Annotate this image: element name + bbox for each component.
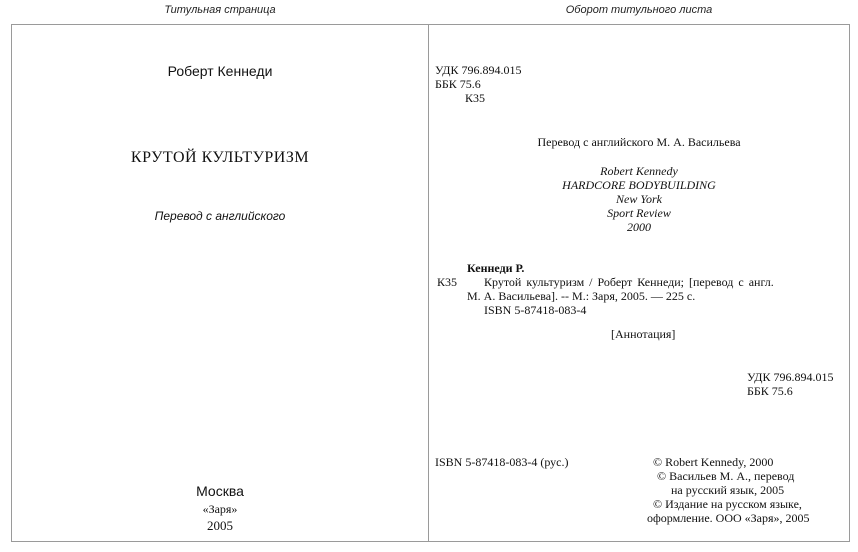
bbk-bottom: ББК 75.6 <box>747 384 793 399</box>
book-title: КРУТОЙ КУЛЬТУРИЗМ <box>12 149 428 167</box>
catalog-mark: К35 <box>437 275 457 290</box>
author-name: Роберт Кеннеди <box>12 63 428 79</box>
publisher: «Заря» <box>12 502 428 517</box>
bbk-top: ББК 75.6 <box>435 77 481 92</box>
catalog-line-2: М. А. Васильева]. -- М.: Заря, 2005. — 2… <box>467 289 695 304</box>
year: 2005 <box>12 518 428 534</box>
copyright-line-2: © Васильев М. А., перевод <box>657 469 794 484</box>
copyright-line-1: © Robert Kennedy, 2000 <box>653 455 773 470</box>
left-page-caption: Титульная страница <box>11 4 429 16</box>
catalog-isbn: ISBN 5-87418-083-4 <box>484 303 586 318</box>
author-mark-top: К35 <box>465 91 485 106</box>
isbn-bottom: ISBN 5-87418-083-4 (рус.) <box>435 455 569 470</box>
reverse-title-page: УДК 796.894.015 ББК 75.6 К35 Перевод с а… <box>428 24 850 542</box>
title-page: Роберт Кеннеди КРУТОЙ КУЛЬТУРИЗМ Перевод… <box>11 24 429 542</box>
original-title: HARDCORE BODYBUILDING <box>429 178 849 193</box>
translation-note: Перевод с английского <box>12 209 428 223</box>
copyright-line-4: © Издание на русском языке, <box>653 497 802 512</box>
translator-line: Перевод с английского М. А. Васильева <box>429 135 849 150</box>
original-year: 2000 <box>429 220 849 235</box>
udk-bottom: УДК 796.894.015 <box>747 370 833 385</box>
right-page-caption: Оборот титульного листа <box>428 4 850 16</box>
udk-top: УДК 796.894.015 <box>435 63 521 78</box>
annotation-placeholder: [Аннотация] <box>611 327 675 342</box>
original-publisher: Sport Review <box>429 206 849 221</box>
copyright-line-5: оформление. ООО «Заря», 2005 <box>647 511 810 526</box>
original-author: Robert Kennedy <box>429 164 849 179</box>
original-city: New York <box>429 192 849 207</box>
catalog-line-1: Крутой культуризм / Роберт Кеннеди; [пер… <box>484 275 774 290</box>
catalog-heading: Кеннеди Р. <box>467 261 524 276</box>
copyright-line-3: на русский язык, 2005 <box>671 483 784 498</box>
city: Москва <box>12 483 428 499</box>
